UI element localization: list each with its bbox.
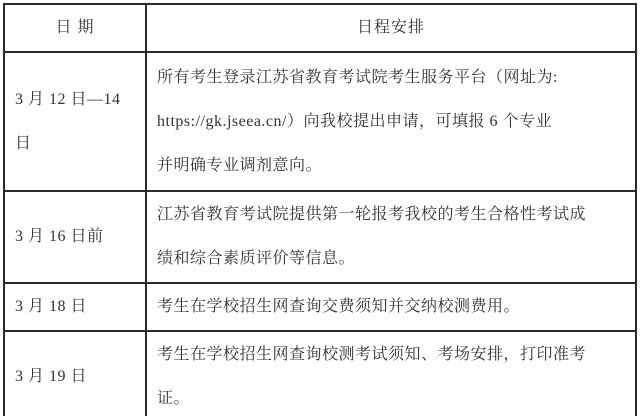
- header-row: 日 期 日程安排: [4, 4, 636, 52]
- schedule-cell: 考生在学校招生网查询交费须知并交纳校测费用。: [146, 283, 636, 331]
- date-cell: 3 月 19 日: [4, 331, 146, 416]
- document-page: 日 期 日程安排 3 月 12 日—14 日 所有考生登录江苏省教育考试院考生服…: [0, 0, 641, 416]
- table-row: 3 月 16 日前 江苏省教育考试院提供第一轮报考我校的考生合格性考试成 绩和综…: [4, 191, 636, 283]
- header-schedule: 日程安排: [146, 4, 636, 52]
- table-row: 3 月 19 日 考生在学校招生网查询校测考试须知、考场安排，打印准考 证。: [4, 331, 636, 416]
- header-date: 日 期: [4, 4, 146, 52]
- schedule-cell: 江苏省教育考试院提供第一轮报考我校的考生合格性考试成 绩和综合素质评价等信息。: [146, 191, 636, 283]
- date-cell: 3 月 12 日—14 日: [4, 52, 146, 191]
- schedule-cell: 考生在学校招生网查询校测考试须知、考场安排，打印准考 证。: [146, 331, 636, 416]
- date-cell: 3 月 16 日前: [4, 191, 146, 283]
- date-cell: 3 月 18 日: [4, 283, 146, 331]
- schedule-cell: 所有考生登录江苏省教育考试院考生服务平台（网址为: https://gk.jse…: [146, 52, 636, 191]
- table-row: 3 月 18 日 考生在学校招生网查询交费须知并交纳校测费用。: [4, 283, 636, 331]
- schedule-table: 日 期 日程安排 3 月 12 日—14 日 所有考生登录江苏省教育考试院考生服…: [3, 3, 637, 416]
- table-row: 3 月 12 日—14 日 所有考生登录江苏省教育考试院考生服务平台（网址为: …: [4, 52, 636, 191]
